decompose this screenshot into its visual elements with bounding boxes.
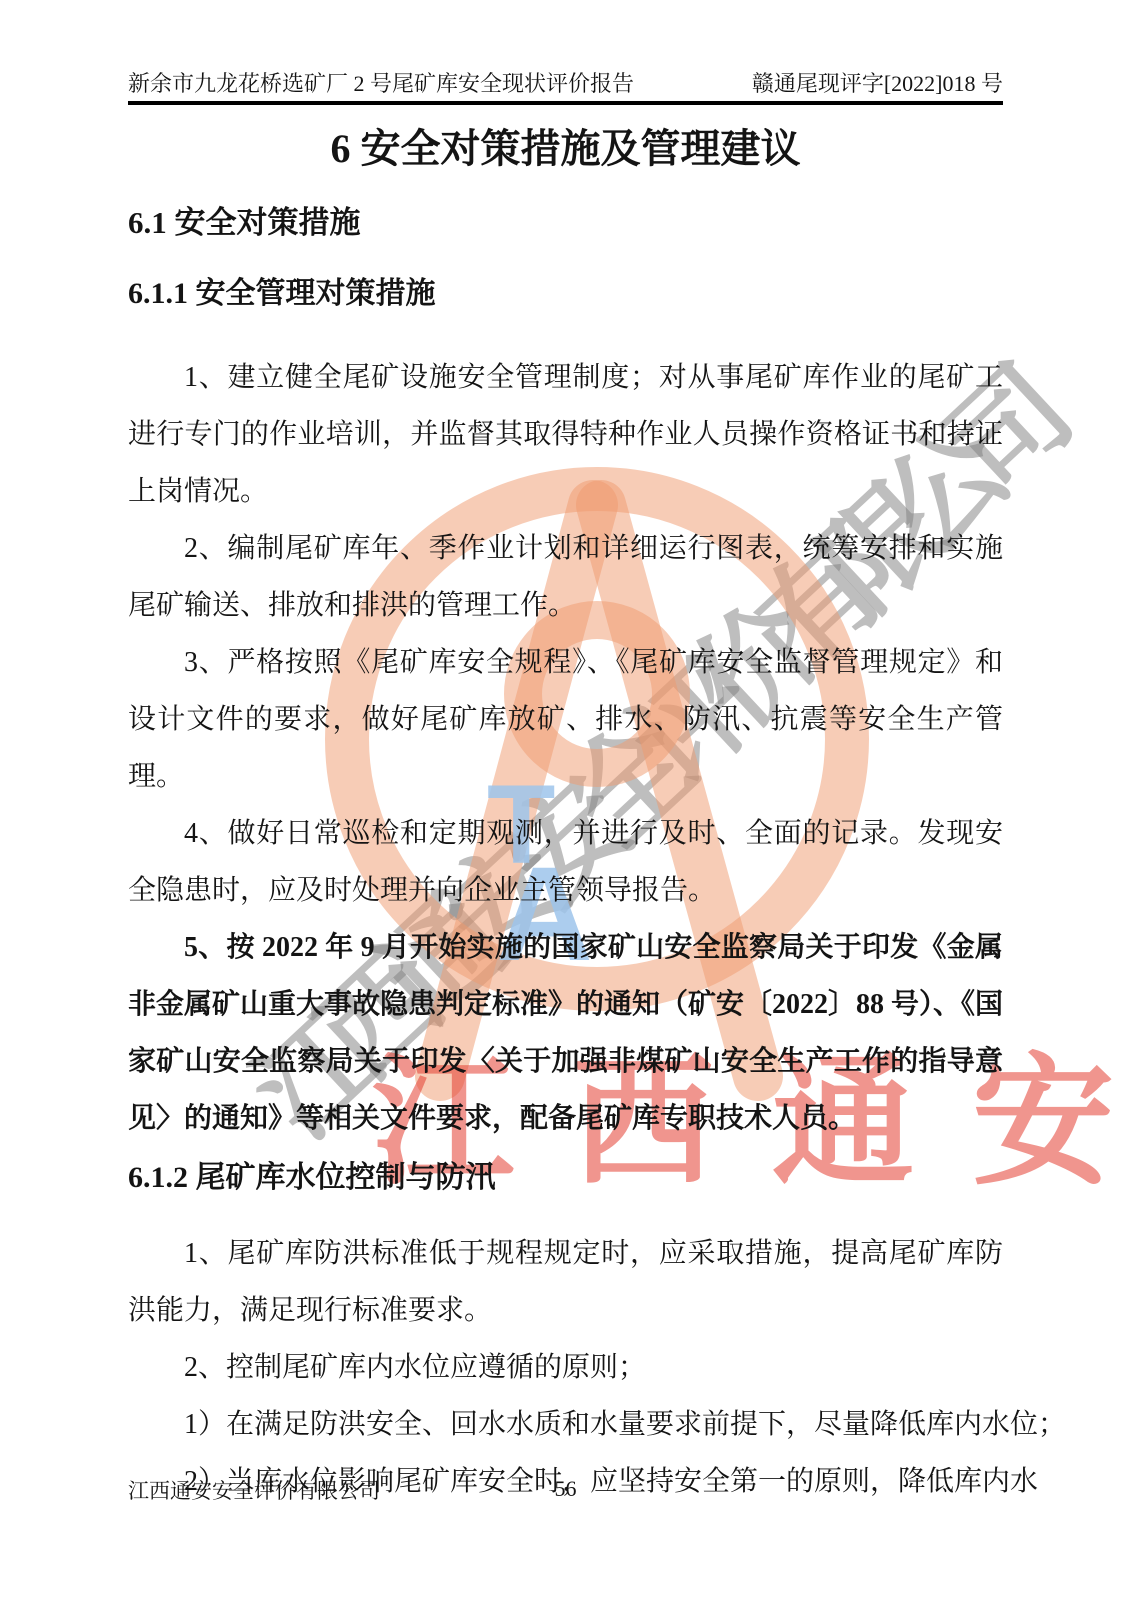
section-heading-6-1-1: 6.1.1 安全管理对策措施	[128, 277, 1003, 311]
section-heading-6-1: 6.1 安全对策措施	[128, 205, 1003, 241]
paragraph-4: 4、做好日常巡检和定期观测，并进行及时、全面的记录。发现安全隐患时，应及时处理并…	[128, 805, 1003, 919]
page-content: 新余市九龙花桥选矿厂 2 号尾矿库安全现状评价报告 赣通尾现评字[2022]01…	[0, 0, 1131, 1600]
header-report-title: 新余市九龙花桥选矿厂 2 号尾矿库安全现状评价报告	[128, 70, 634, 98]
paragraph-8: 1）在满足防洪安全、回水水质和水量要求前提下，尽量降低库内水位；	[128, 1396, 1003, 1453]
paragraph-7: 2、控制尾矿库内水位应遵循的原则；	[128, 1339, 1003, 1396]
paragraph-3: 3、严格按照《尾矿库安全规程》、《尾矿库安全监督管理规定》和设计文件的要求，做好…	[128, 634, 1003, 805]
paragraph-5-bold: 5、按 2022 年 9 月开始实施的国家矿山安全监察局关于印发《金属非金属矿山…	[128, 919, 1003, 1147]
paragraph-6: 1、尾矿库防洪标准低于规程规定时，应采取措施，提高尾矿库防洪能力，满足现行标准要…	[128, 1225, 1003, 1339]
report-page: 江西通安安全评价有限公司 T A 江西通安 新余市九龙花桥选矿厂 2 号尾矿库安…	[0, 0, 1131, 1600]
page-header: 新余市九龙花桥选矿厂 2 号尾矿库安全现状评价报告 赣通尾现评字[2022]01…	[128, 70, 1003, 98]
section-heading-6-1-2: 6.1.2 尾矿库水位控制与防汛	[128, 1161, 1003, 1195]
header-doc-number: 赣通尾现评字[2022]018 号	[752, 70, 1003, 98]
chapter-title: 6 安全对策措施及管理建议	[128, 125, 1003, 173]
paragraph-1: 1、建立健全尾矿设施安全管理制度；对从事尾矿库作业的尾矿工进行专门的作业培训，并…	[128, 349, 1003, 520]
header-rule	[128, 101, 1003, 105]
paragraph-2: 2、编制尾矿库年、季作业计划和详细运行图表，统筹安排和实施尾矿输送、排放和排洪的…	[128, 520, 1003, 634]
paragraph-9: 2）当库水位影响尾矿库安全时，应坚持安全第一的原则，降低库内水	[128, 1453, 1003, 1510]
